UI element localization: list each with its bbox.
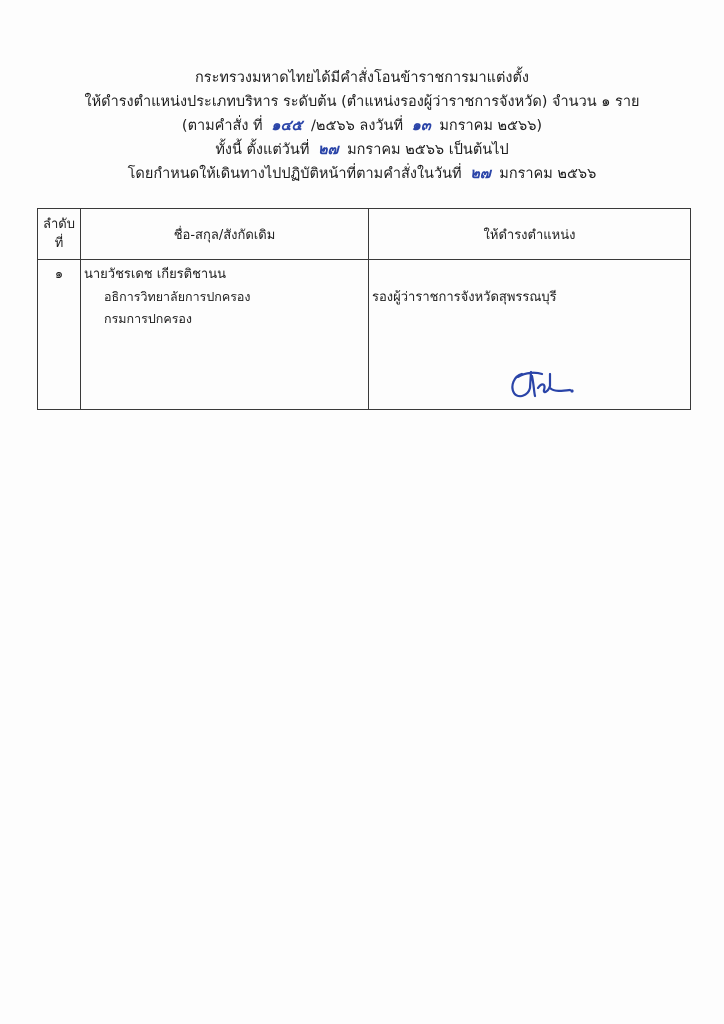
header-name: ชื่อ-สกุล/สังกัดเดิม: [81, 209, 369, 260]
report-suffix: มกราคม ๒๕๖๖: [499, 166, 596, 182]
seq-cell: ๑: [38, 260, 81, 410]
heading-text: ให้ดำรงตำแหน่งประเภทบริหาร ระดับต้น (ตำแ…: [85, 94, 640, 110]
document-heading: กระทรวงมหาดไทยได้มีคำสั่งโอนข้าราชการมาแ…: [0, 66, 724, 186]
effective-prefix: ทั้งนี้ ตั้งแต่วันที่: [215, 142, 309, 158]
effective-suffix: มกราคม ๒๕๖๖ เป็นต้นไป: [347, 142, 509, 158]
order-date-suffix: มกราคม ๒๕๖๖): [439, 118, 542, 134]
table-row: ๑ นายวัชรเดช เกียรติชานน อธิการวิทยาลัยก…: [38, 260, 691, 410]
order-year: /๒๕๖๖ ลงวันที่: [311, 118, 403, 134]
former-department: กรมการปกครอง: [84, 308, 368, 330]
order-prefix: (ตามคำสั่ง ที่: [182, 118, 263, 134]
header-seq: ลำดับ ที่: [38, 209, 81, 260]
heading-line-4-effective-date: ทั้งนี้ ตั้งแต่วันที่ ๒๗ มกราคม ๒๕๖๖ เป็…: [0, 138, 724, 162]
header-position: ให้ดำรงตำแหน่ง: [369, 209, 691, 260]
former-position: อธิการวิทยาลัยการปกครอง: [84, 286, 368, 308]
heading-line-2: ให้ดำรงตำแหน่งประเภทบริหาร ระดับต้น (ตำแ…: [0, 90, 724, 114]
table-header-row: ลำดับ ที่ ชื่อ-สกุล/สังกัดเดิม ให้ดำรงตำ…: [38, 209, 691, 260]
heading-line-3-order-reference: (ตามคำสั่ง ที่ ๑๔๕ /๒๕๖๖ ลงวันที่ ๑๓ มกร…: [0, 114, 724, 138]
header-seq-line2: ที่: [38, 234, 80, 253]
report-day-handwritten: ๒๗: [466, 165, 494, 182]
person-name: นายวัชรเดช เกียรติชานน: [84, 264, 368, 286]
heading-line-1: กระทรวงมหาดไทยได้มีคำสั่งโอนข้าราชการมาแ…: [0, 66, 724, 90]
order-day-handwritten: ๑๓: [408, 117, 435, 134]
heading-line-5-report-date: โดยกำหนดให้เดินทางไปปฏิบัติหน้าที่ตามคำส…: [0, 162, 724, 186]
report-prefix: โดยกำหนดให้เดินทางไปปฏิบัติหน้าที่ตามคำส…: [128, 166, 462, 182]
appointment-table: ลำดับ ที่ ชื่อ-สกุล/สังกัดเดิม ให้ดำรงตำ…: [37, 208, 691, 410]
name-cell: นายวัชรเดช เกียรติชานน อธิการวิทยาลัยการ…: [81, 260, 369, 410]
document-page: กระทรวงมหาดไทยได้มีคำสั่งโอนข้าราชการมาแ…: [0, 0, 724, 1024]
order-number-handwritten: ๑๔๕: [267, 117, 306, 134]
signature-icon: [508, 366, 578, 400]
header-seq-line1: ลำดับ: [38, 215, 80, 234]
effective-day-handwritten: ๒๗: [314, 141, 342, 158]
heading-text: กระทรวงมหาดไทยได้มีคำสั่งโอนข้าราชการมาแ…: [195, 70, 529, 86]
